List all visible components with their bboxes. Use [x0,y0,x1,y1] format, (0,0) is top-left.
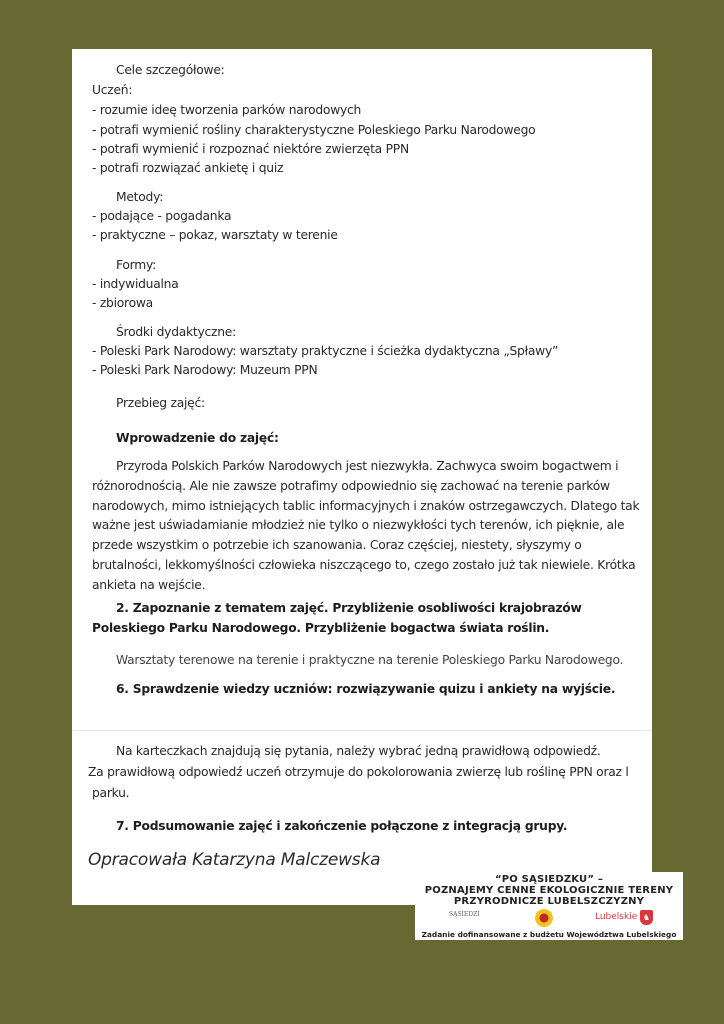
form-item: - zbiorowa [92,293,153,313]
funding-note: Zadanie dofinansowane z budżetu Wojewódz… [415,930,683,940]
form-item: - indywidualna [92,274,179,294]
sasiedzi-logo-icon: SĄSIEDZI [449,911,480,918]
emblem-logo-icon [535,909,553,927]
resource-item: - Poleski Park Narodowy: warsztaty prakt… [92,341,558,361]
intro-paragraph: Przyroda Polskich Parków Narodowych jest… [92,457,652,596]
quiz-line: Za prawidłową odpowiedź uczeń otrzymuje … [88,762,629,782]
partner-logos: SĄSIEDZI Lubelskie ♞ [415,909,683,929]
step6-heading: 6. Sprawdzenie wiedzy uczniów: rozwiązyw… [116,679,615,699]
lubelskie-logo-text: Lubelskie [595,912,637,922]
badge-title-line: “PO SĄSIEDZKU” – [415,874,683,885]
resources-heading: Środki dydaktyczne: [116,322,236,342]
method-item: - praktyczne – pokaz, warsztaty w tereni… [92,225,338,245]
method-item: - podające - pogadanka [92,206,231,226]
forms-heading: Formy: [116,255,156,275]
student-label: Uczeń: [92,80,132,100]
project-badge: “PO SĄSIEDZKU” – POZNAJEMY CENNE EKOLOGI… [415,872,683,940]
goal-item: - potrafi wymienić rośliny charakterysty… [92,120,535,140]
author-signature: Opracowała Katarzyna Malczewska [88,850,380,870]
course-heading: Przebieg zajęć: [116,393,205,413]
intro-heading: Wprowadzenie do zajęć: [116,428,279,448]
goal-item: - potrafi wymienić i rozpoznać niektóre … [92,139,409,159]
goal-item: - rozumie ideę tworzenia parków narodowy… [92,100,361,120]
step2-heading: 2. Zapoznanie z tematem zajęć. Przybliże… [92,599,652,639]
resource-item: - Poleski Park Narodowy: Muzeum PPN [92,360,317,380]
lubelskie-shield-icon: ♞ [640,910,653,925]
badge-title-line: POZNAJEMY CENNE EKOLOGICZNIE TERENY [415,885,683,896]
badge-title-line: PRZYRODNICZE LUBELSZCZYZNY [415,896,683,907]
step2-text: Warsztaty terenowe na terenie i praktycz… [116,650,623,670]
goal-item: - potrafi rozwiązać ankietę i quiz [92,158,283,178]
goals-heading: Cele szczegółowe: [116,60,225,80]
quiz-line: Na karteczkach znajdują się pytania, nal… [116,741,601,761]
methods-heading: Metody: [116,187,163,207]
step7-heading: 7. Podsumowanie zajęć i zakończenie połą… [116,816,567,836]
quiz-line: parku. [92,783,129,803]
document-page: Cele szczegółowe: Uczeń: - rozumie ideę … [72,49,652,905]
